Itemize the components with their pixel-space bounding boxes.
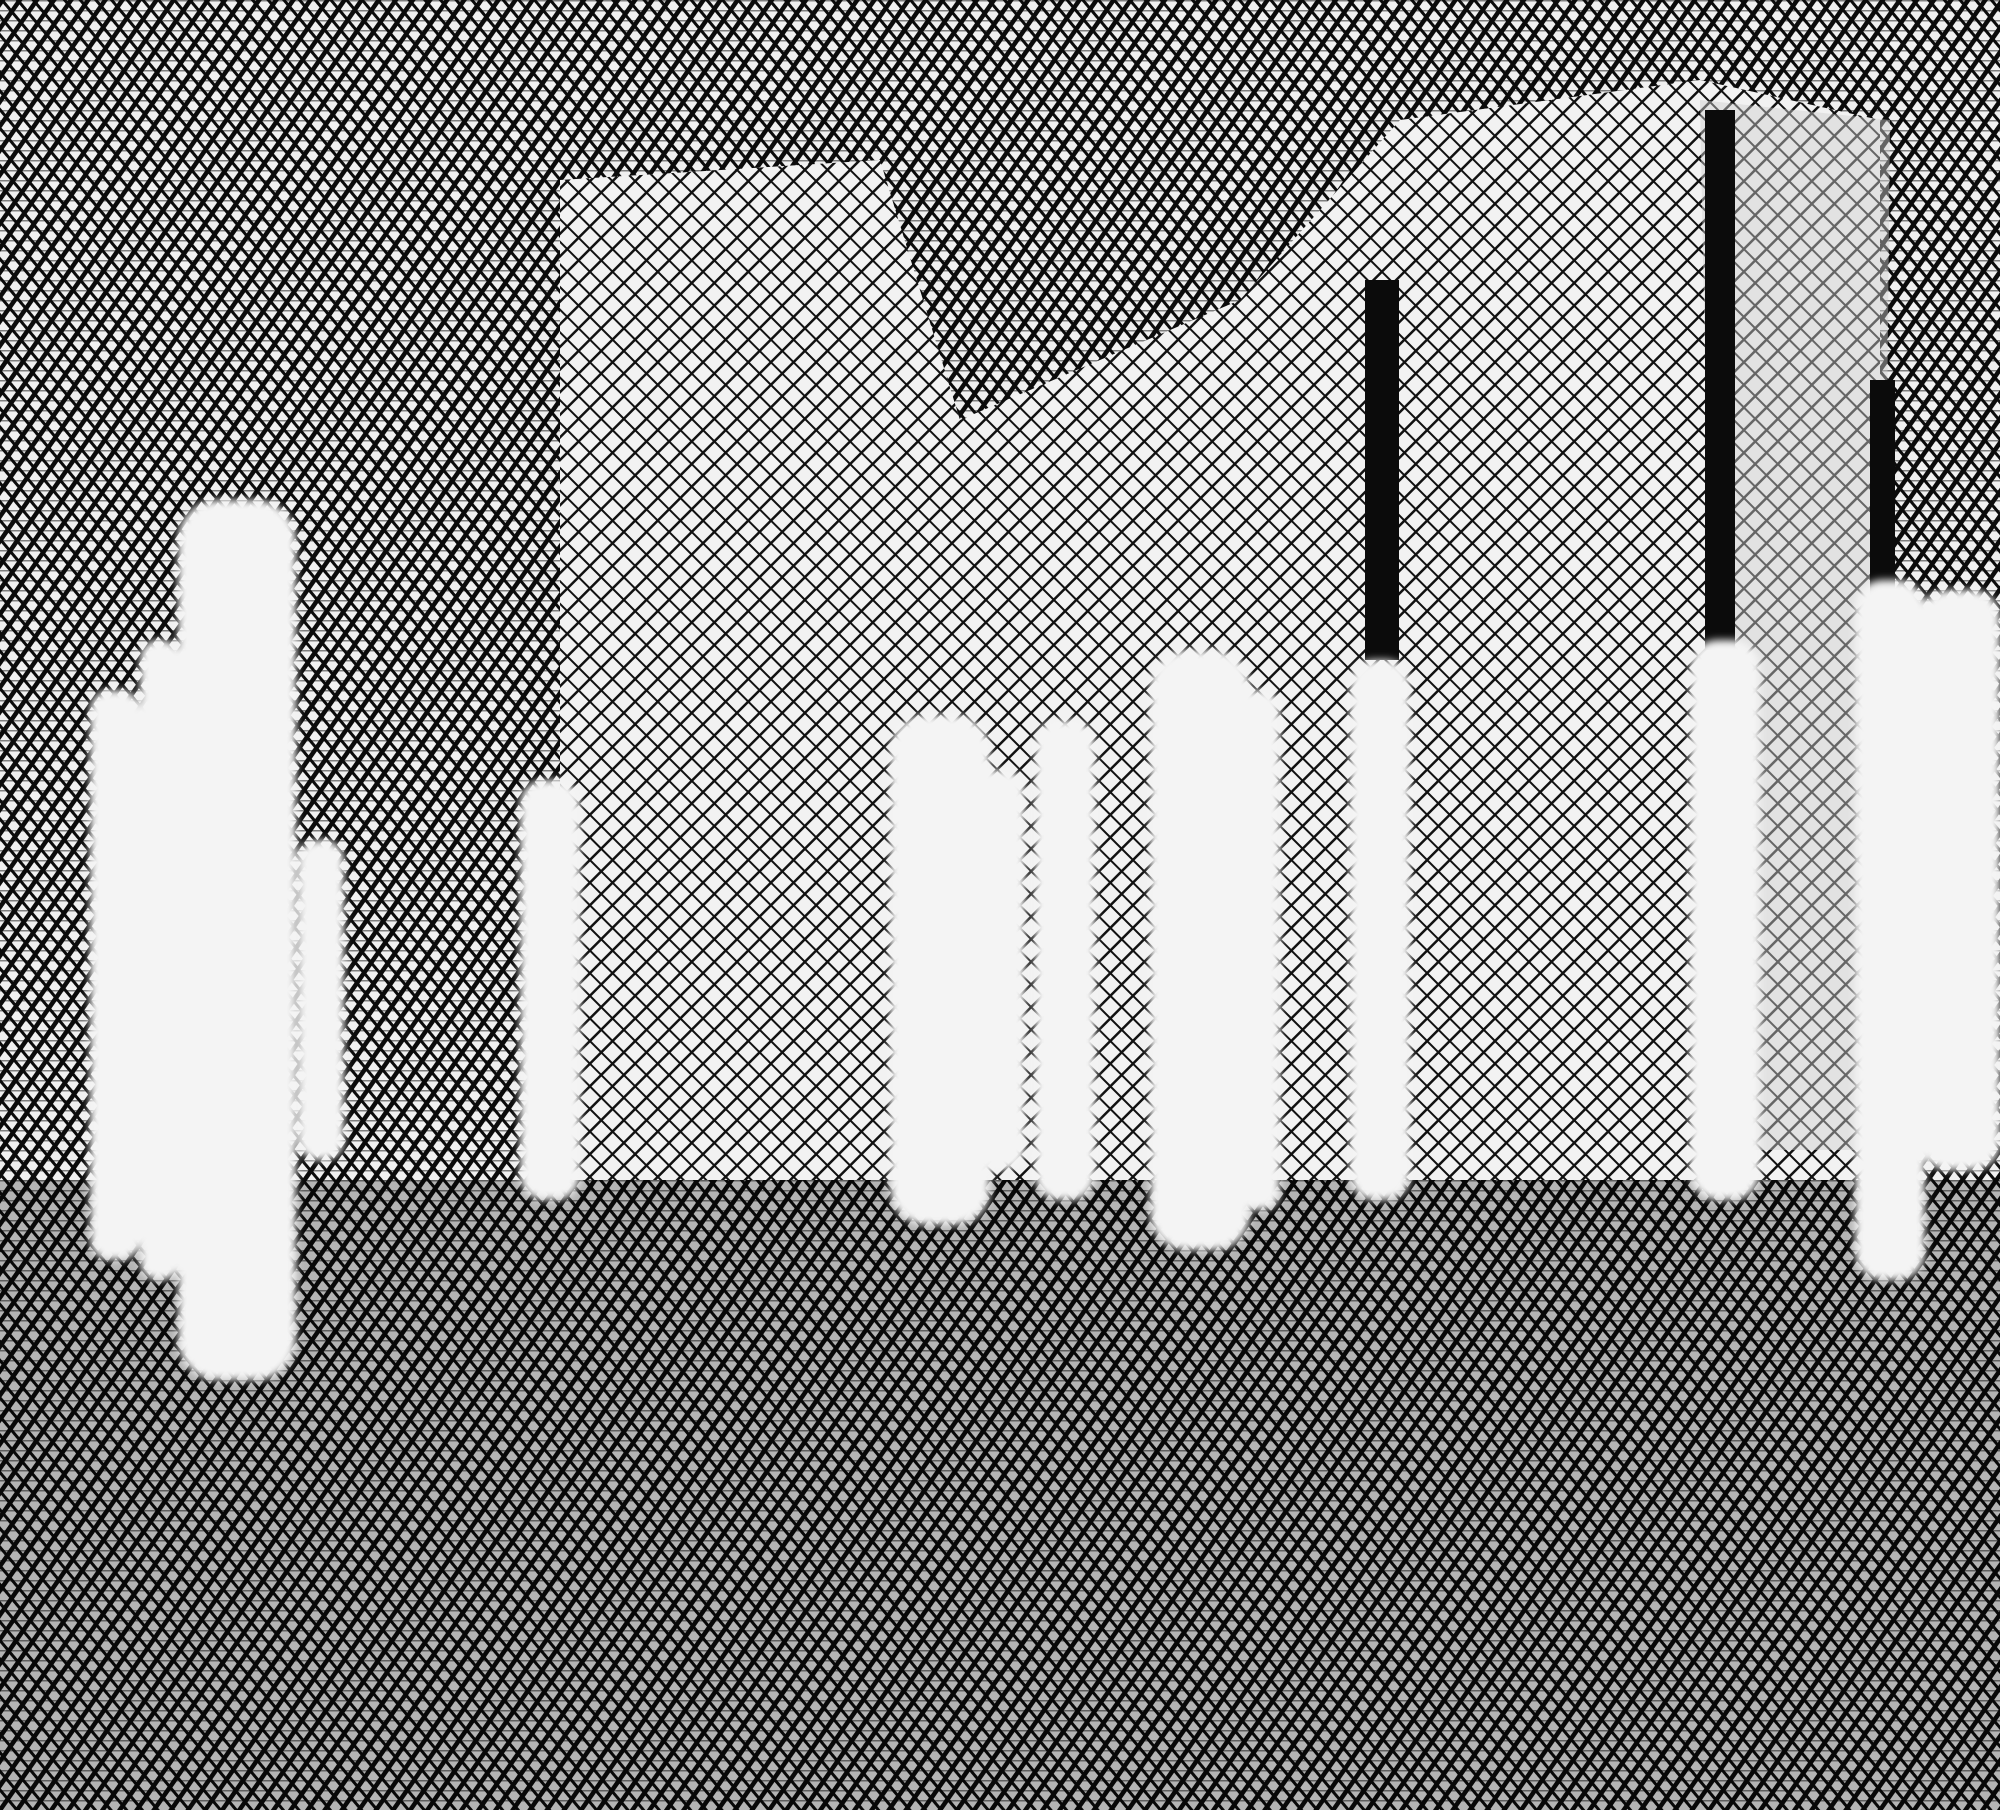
crosshatch-artwork <box>0 0 2000 1810</box>
artwork-svg <box>0 0 2000 1810</box>
ground-hatch <box>0 1180 2000 1810</box>
